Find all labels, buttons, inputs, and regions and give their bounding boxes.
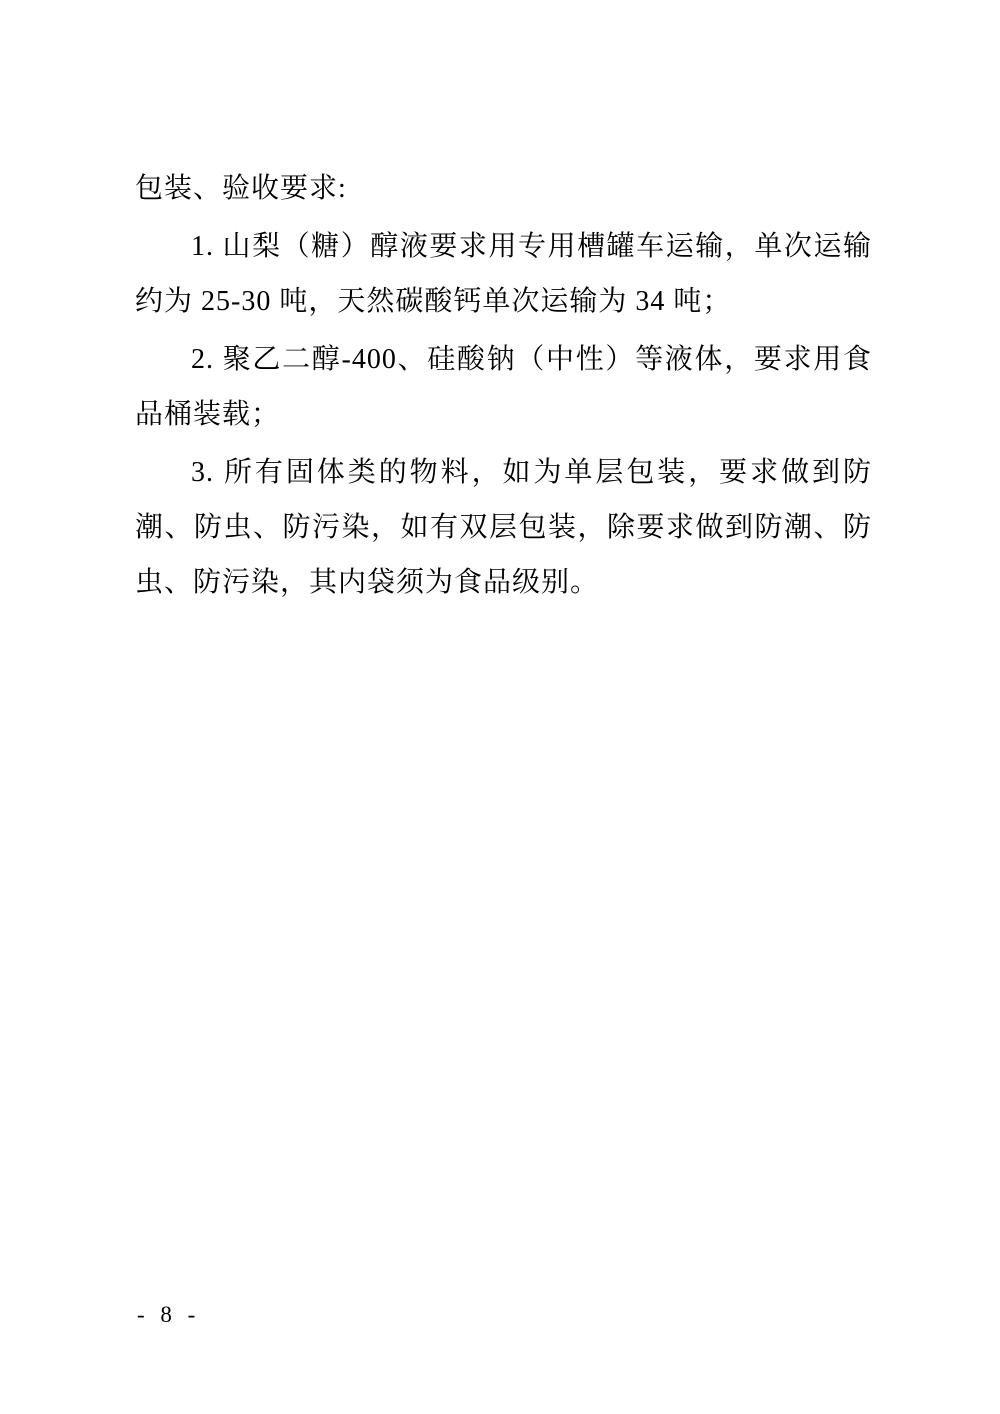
paragraph-item-1: 1. 山梨（糖）醇液要求用专用槽罐车运输，单次运输约为 25-30 吨，天然碳酸…: [135, 219, 872, 329]
document-body: 包装、验收要求: 1. 山梨（糖）醇液要求用专用槽罐车运输，单次运输约为 25-…: [135, 161, 872, 610]
paragraph-item-2: 2. 聚乙二醇-400、硅酸钠（中性）等液体，要求用食品桶装载；: [135, 332, 872, 442]
paragraph-item-3: 3. 所有固体类的物料，如为单层包装，要求做到防潮、防虫、防污染，如有双层包装，…: [135, 445, 872, 610]
page-number: - 8 -: [137, 1300, 197, 1330]
document-page: 包装、验收要求: 1. 山梨（糖）醇液要求用专用槽罐车运输，单次运输约为 25-…: [0, 0, 1000, 1414]
section-heading: 包装、验收要求:: [135, 161, 872, 216]
